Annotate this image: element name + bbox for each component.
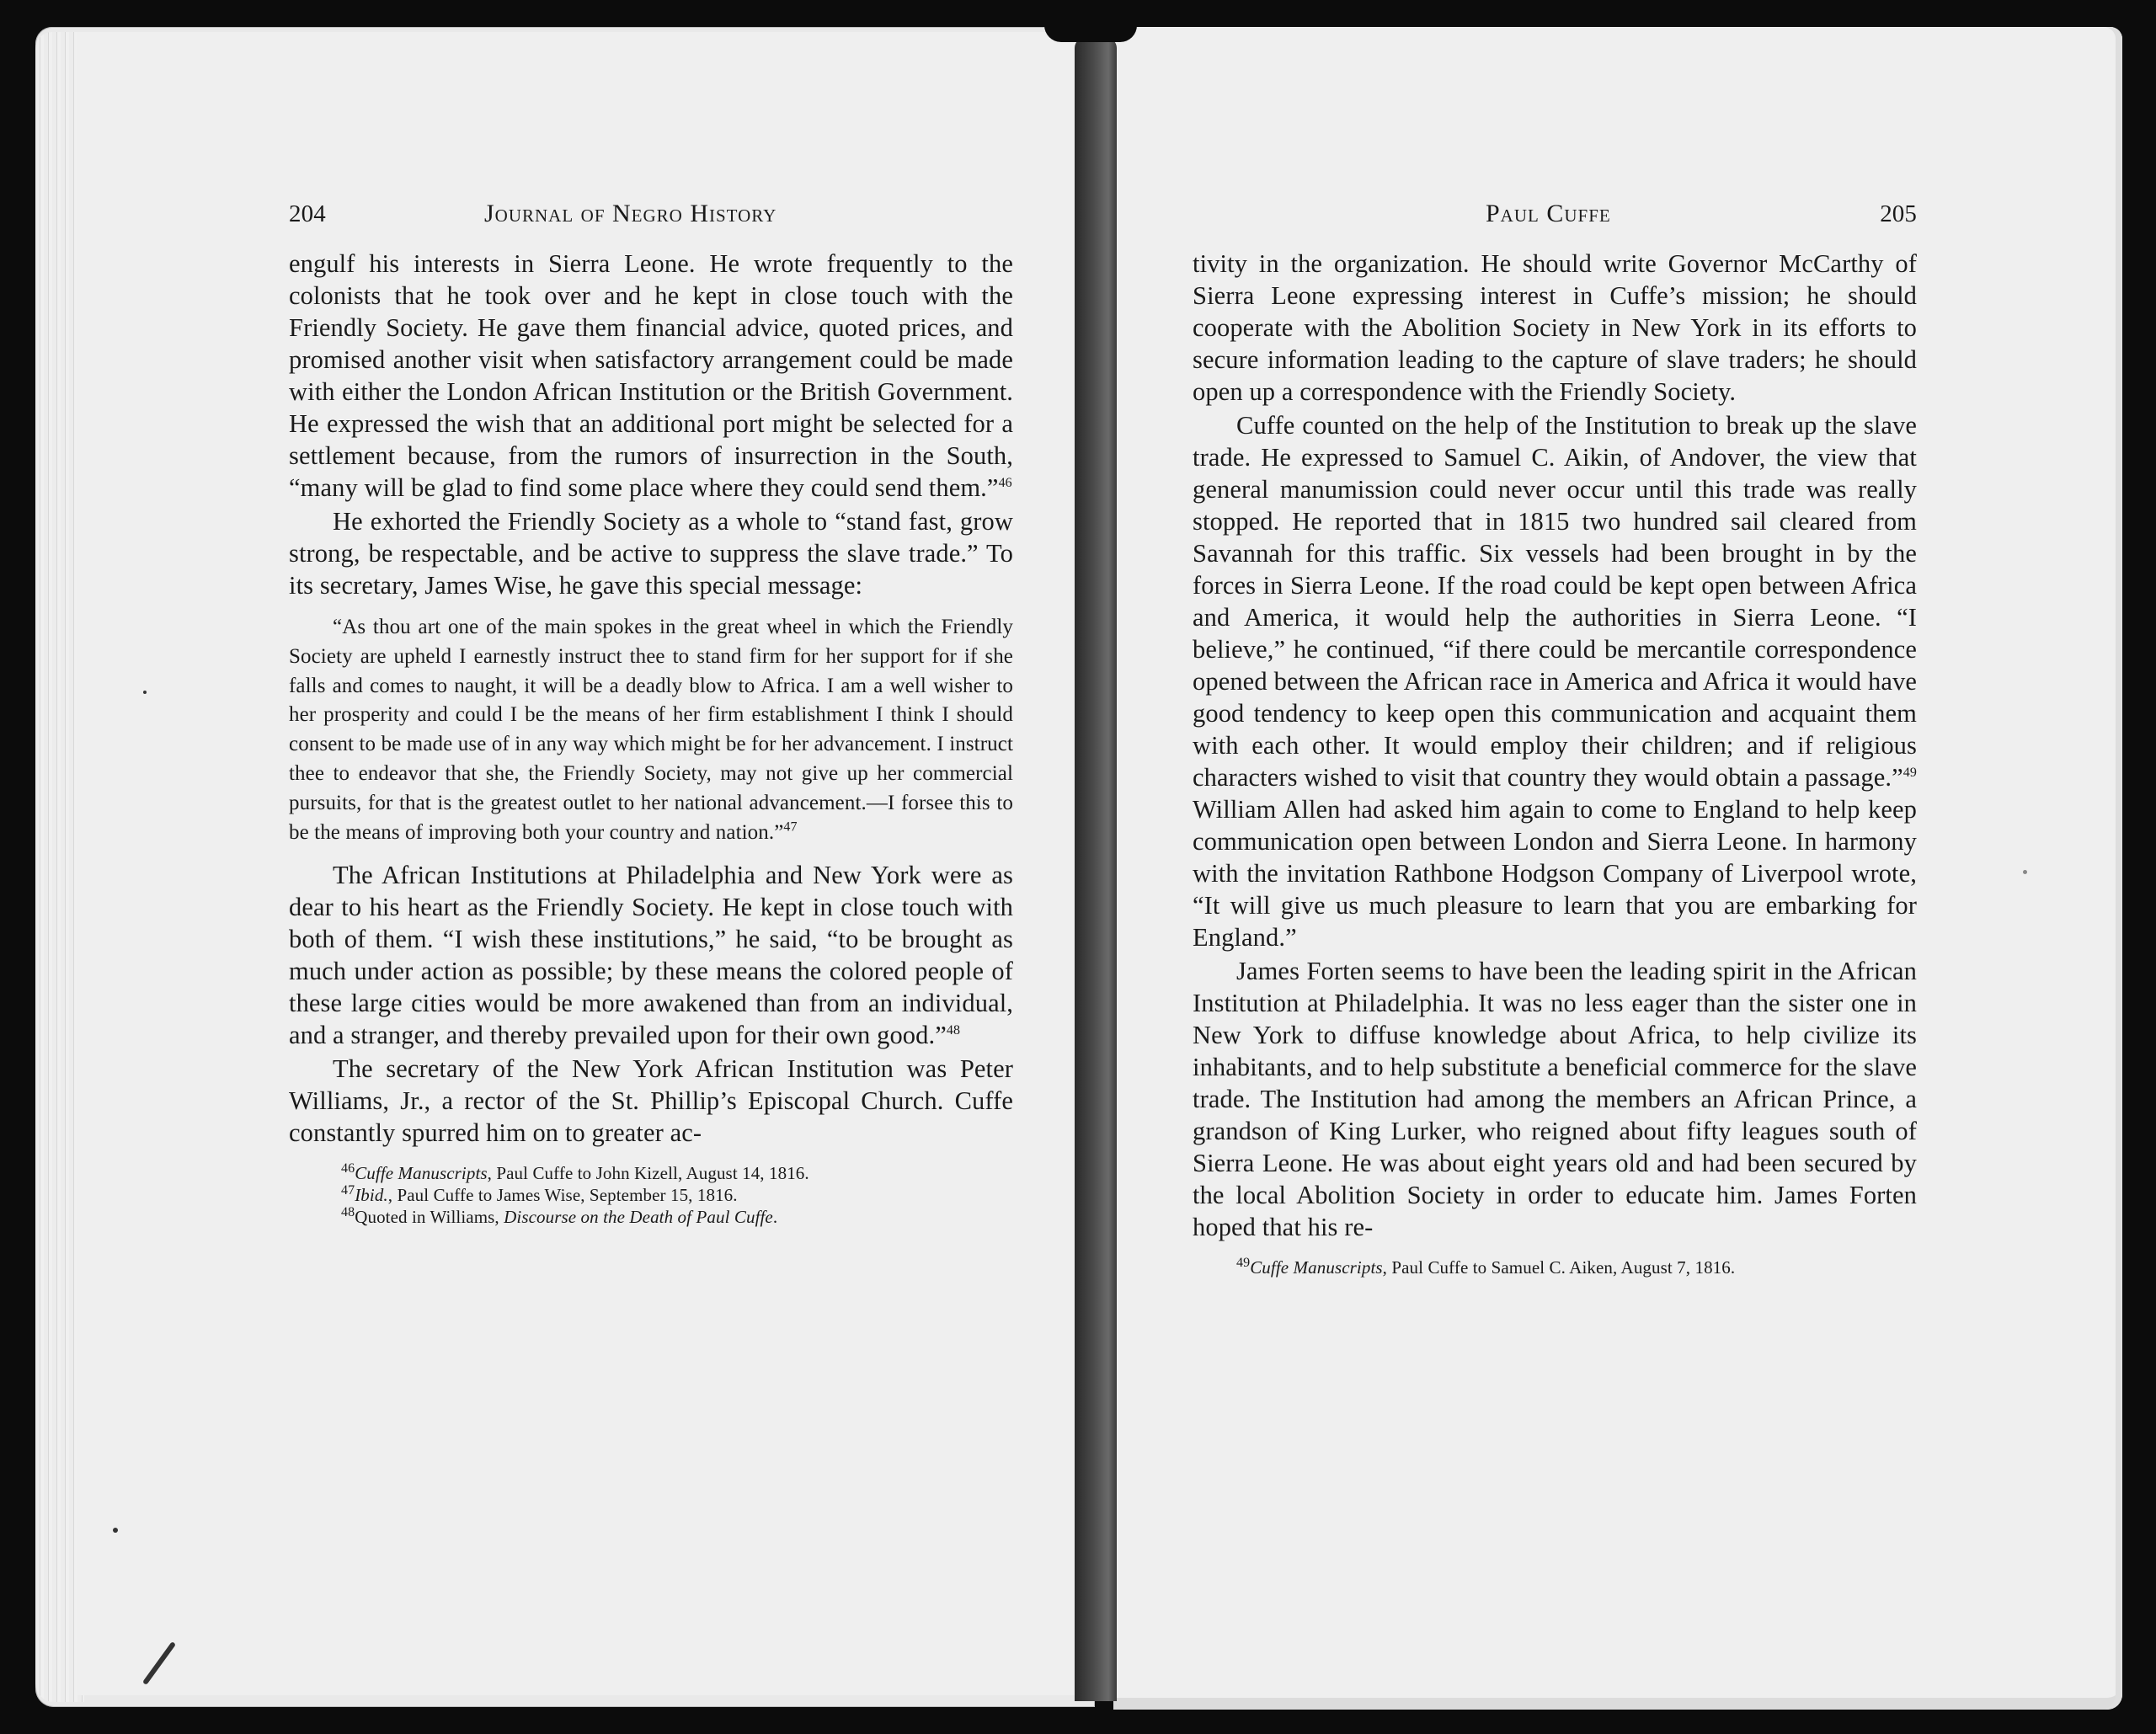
footnotes: 46Cuffe Manuscripts, Paul Cuffe to John … bbox=[289, 1162, 1013, 1228]
paragraph: He exhorted the Friendly Society as a wh… bbox=[289, 505, 1013, 601]
footnote: 47Ibid., Paul Cuffe to James Wise, Septe… bbox=[341, 1184, 1013, 1206]
left-page-text: 204 Journal of Negro History engulf his … bbox=[289, 195, 1013, 1228]
footnote: 48Quoted in Williams, Discourse on the D… bbox=[341, 1206, 1013, 1228]
journal-title: Journal of Negro History bbox=[484, 195, 776, 232]
gutter-top-shadow bbox=[1044, 25, 1137, 42]
running-head-right: Paul Cuffe 205 bbox=[1193, 195, 1917, 232]
footnote: 49Cuffe Manuscripts, Paul Cuffe to Samue… bbox=[1236, 1256, 1917, 1278]
footnote-ref[interactable]: 46 bbox=[999, 476, 1012, 490]
paragraph: Cuffe counted on the help of the Institu… bbox=[1193, 409, 1917, 953]
scan-dust-speck bbox=[113, 1528, 118, 1533]
footnotes: 49Cuffe Manuscripts, Paul Cuffe to Samue… bbox=[1193, 1256, 1917, 1278]
footnote-ref[interactable]: 47 bbox=[783, 819, 797, 834]
paragraph: James Forten seems to have been the lead… bbox=[1193, 955, 1917, 1243]
article-title: Paul Cuffe bbox=[1486, 195, 1611, 232]
paragraph: tivity in the organization. He should wr… bbox=[1193, 248, 1917, 408]
paragraph: The African Institutions at Philadelphia… bbox=[289, 859, 1013, 1051]
right-page-text: Paul Cuffe 205 tivity in the organizatio… bbox=[1193, 195, 1917, 1278]
paragraph: engulf his interests in Sierra Leone. He… bbox=[289, 248, 1013, 504]
paragraph: The secretary of the New York African In… bbox=[289, 1053, 1013, 1149]
scan-dust-speck bbox=[143, 691, 147, 694]
page-number: 204 bbox=[289, 195, 326, 232]
running-head-left: 204 Journal of Negro History bbox=[289, 195, 1013, 232]
page-number: 205 bbox=[1880, 195, 1917, 232]
scan-dust-speck bbox=[2023, 870, 2027, 874]
footnote-ref[interactable]: 49 bbox=[1903, 766, 1917, 780]
book-gutter bbox=[1075, 38, 1117, 1701]
footnote: 46Cuffe Manuscripts, Paul Cuffe to John … bbox=[341, 1162, 1013, 1184]
block-quote: “As thou art one of the main spokes in t… bbox=[289, 613, 1013, 847]
footnote-ref[interactable]: 48 bbox=[947, 1023, 960, 1038]
